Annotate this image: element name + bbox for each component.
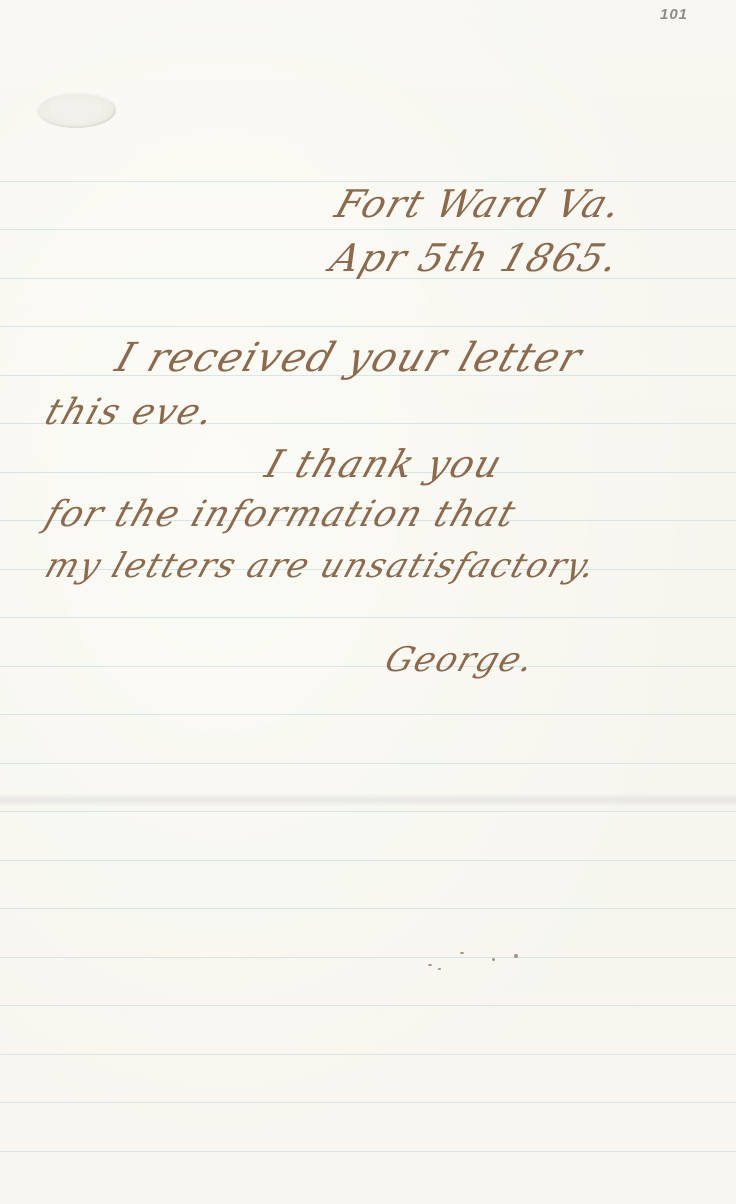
ruled-line (0, 617, 736, 618)
paper-fold (0, 793, 736, 807)
ruled-line (0, 908, 736, 909)
ruled-line (0, 229, 736, 230)
folio-number: 101 (660, 6, 688, 23)
ruled-line (0, 1054, 736, 1055)
ruled-line (0, 666, 736, 667)
body-line-2: this eve. (40, 392, 220, 433)
ruled-line (0, 326, 736, 327)
heading-place: Fort Ward Va. (330, 182, 628, 226)
signature: George. (380, 640, 540, 680)
ruled-line (0, 714, 736, 715)
embossed-stamp (36, 92, 116, 128)
ruled-line (0, 1102, 736, 1103)
body-line-1: I received your letter (110, 335, 588, 381)
ruled-line (0, 811, 736, 812)
body-line-4: for the information that (40, 494, 522, 535)
heading-date: Apr 5th 1865. (325, 236, 626, 280)
ruled-line (0, 860, 736, 861)
ruled-line (0, 763, 736, 764)
letter-page: 101 Fort Ward Va. Apr 5th 1865. I receiv… (0, 0, 736, 1204)
ruled-line (0, 1005, 736, 1006)
body-line-5: my letters are unsatisfactory. (40, 546, 602, 586)
ruled-line (0, 957, 736, 958)
body-line-3: I thank you (260, 442, 509, 486)
ruled-line (0, 1151, 736, 1152)
